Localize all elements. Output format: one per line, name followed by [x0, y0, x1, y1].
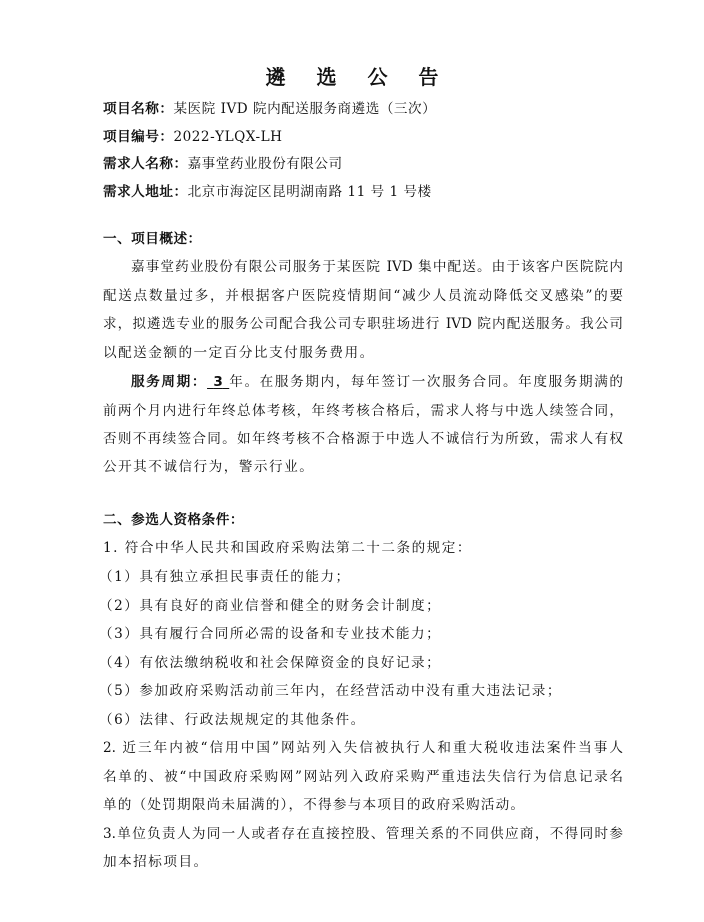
paragraph-line: 嘉事堂药业股份有限公司服务于某医院 IVD 集中配送。由于该客户医院院内: [131, 258, 623, 276]
paragraph-line: 以配送金额的一定百分比支付服务费用。: [103, 344, 375, 362]
service-period-label: 服务周期：: [131, 374, 207, 390]
field-value: 嘉事堂药业股份有限公司: [188, 156, 343, 172]
sub-item: （6）法律、行政法规规定的其他条件。: [99, 711, 366, 729]
sub-item: （2）具有良好的商业信誉和健全的财务会计制度；: [99, 597, 441, 615]
field-label: 项目名称：: [103, 101, 173, 117]
field-label: 需求人地址：: [103, 184, 188, 200]
service-period-line: 服务周期： 3 年。在服务期内，每年签订一次服务合同。年度服务期满的: [131, 373, 623, 391]
paragraph-line: 公开其不诚信行为，警示行业。: [103, 458, 314, 476]
service-period-text: 年。在服务期内，每年签订一次服务合同。年度服务期满的: [229, 374, 623, 390]
field-value: 北京市海淀区昆明湖南路 11 号 1 号楼: [188, 184, 432, 200]
paragraph-line: 配送点数量过多，并根据客户医院疫情期间“减少人员流动降低交叉感染”的要: [103, 287, 623, 305]
sub-item: （3）具有履行合同所必需的设备和专业技术能力；: [99, 625, 441, 643]
document-title: 遴 选 公 告: [0, 61, 704, 90]
requirement-item-2-line: 名单的、被“中国政府采购网”网站列入政府采购严重违法失信行为信息记录名: [103, 768, 623, 786]
requirement-item-3-line: 加本招标项目。: [103, 853, 209, 871]
document-page: 遴 选 公 告 项目名称：某医院 IVD 院内配送服务商遴选（三次） 项目编号：…: [0, 0, 704, 922]
sub-item: （1）具有独立承担民事责任的能力；: [99, 568, 351, 586]
requirement-item-1: 1. 符合中华人民共和国政府采购法第二十二条的规定：: [103, 539, 472, 557]
paragraph-line: 前两个月内进行年终总体考核，年终考核合格后，需求人将与中选人续签合同，: [103, 402, 623, 420]
requirement-item-2-line: 2. 近三年内被“信用中国”网站列入失信被执行人和重大税收违法案件当事人: [103, 739, 623, 757]
field-requester-name: 需求人名称：嘉事堂药业股份有限公司: [103, 155, 343, 173]
section2-heading: 二、参选人资格条件：: [103, 511, 244, 529]
paragraph-line: 否则不再续签合同。如年终考核不合格源于中选人不诚信行为所致，需求人有权: [103, 430, 623, 448]
sub-item: （5）参加政府采购活动前三年内，在经营活动中没有重大违法记录；: [99, 682, 562, 700]
field-requester-address: 需求人地址：北京市海淀区昆明湖南路 11 号 1 号楼: [103, 183, 432, 201]
paragraph-line: 求，拟遴选专业的服务公司配合我公司专职驻场进行 IVD 院内配送服务。我公司: [103, 315, 623, 333]
service-period-years: 3: [213, 374, 222, 390]
field-project-number: 项目编号：2022-YLQX-LH: [103, 128, 282, 146]
field-label: 项目编号：: [103, 129, 173, 145]
requirement-item-2-line: 单的（处罚期限尚未届满的），不得参与本项目的政府采购活动。: [103, 796, 525, 814]
sub-item: （4）有依法缴纳税收和社会保障资金的良好记录；: [99, 654, 441, 672]
field-value: 某医院 IVD 院内配送服务商遴选（三次）: [173, 101, 436, 117]
section1-heading: 一、项目概述：: [103, 230, 202, 248]
field-project-name: 项目名称：某医院 IVD 院内配送服务商遴选（三次）: [103, 100, 436, 118]
field-value: 2022-YLQX-LH: [173, 129, 282, 145]
field-label: 需求人名称：: [103, 156, 188, 172]
requirement-item-3-line: 3.单位负责人为同一人或者存在直接控股、管理关系的不同供应商，不得同时参: [103, 825, 623, 843]
service-period-value: 3: [207, 374, 229, 390]
